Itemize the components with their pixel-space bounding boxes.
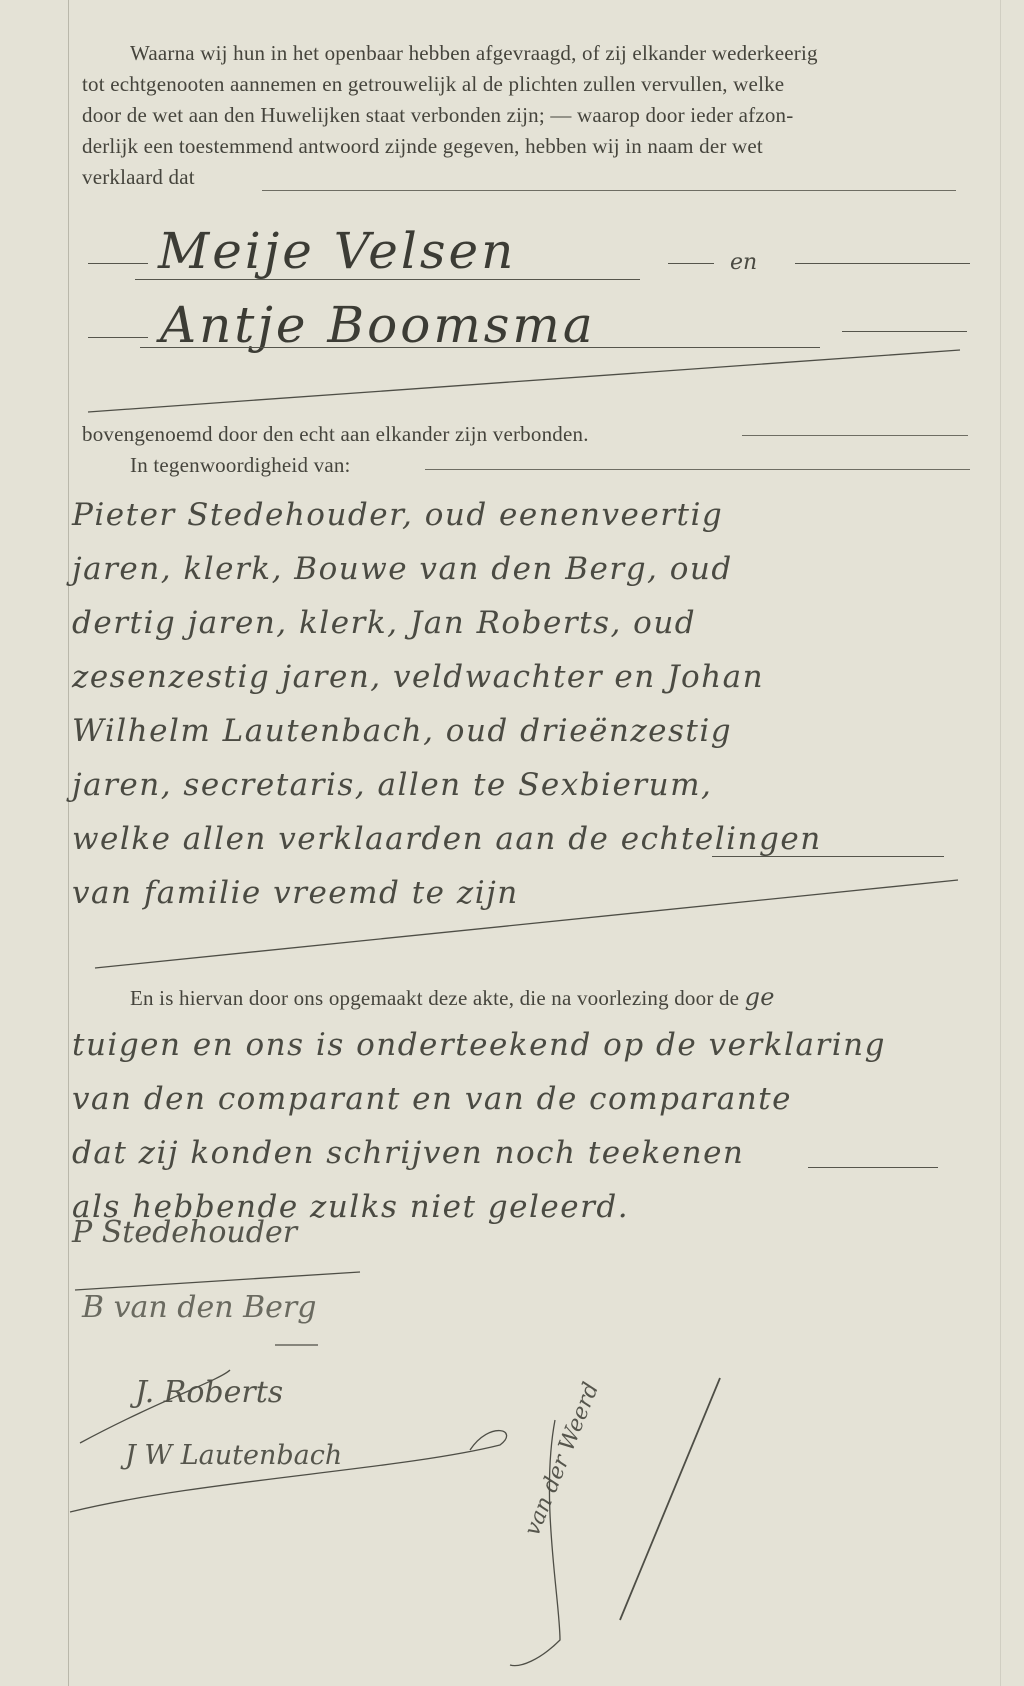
flourish-roberts — [80, 1370, 230, 1443]
flourish-lautenbach — [70, 1431, 507, 1512]
flourish-vanderweerd-1 — [620, 1378, 720, 1620]
flourish-vanderweerd-2 — [510, 1420, 560, 1666]
closing-stroke-names — [88, 350, 960, 412]
flourish-berg — [75, 1272, 360, 1290]
closing-stroke-witnesses — [95, 880, 958, 968]
pen-strokes — [0, 0, 1024, 1686]
